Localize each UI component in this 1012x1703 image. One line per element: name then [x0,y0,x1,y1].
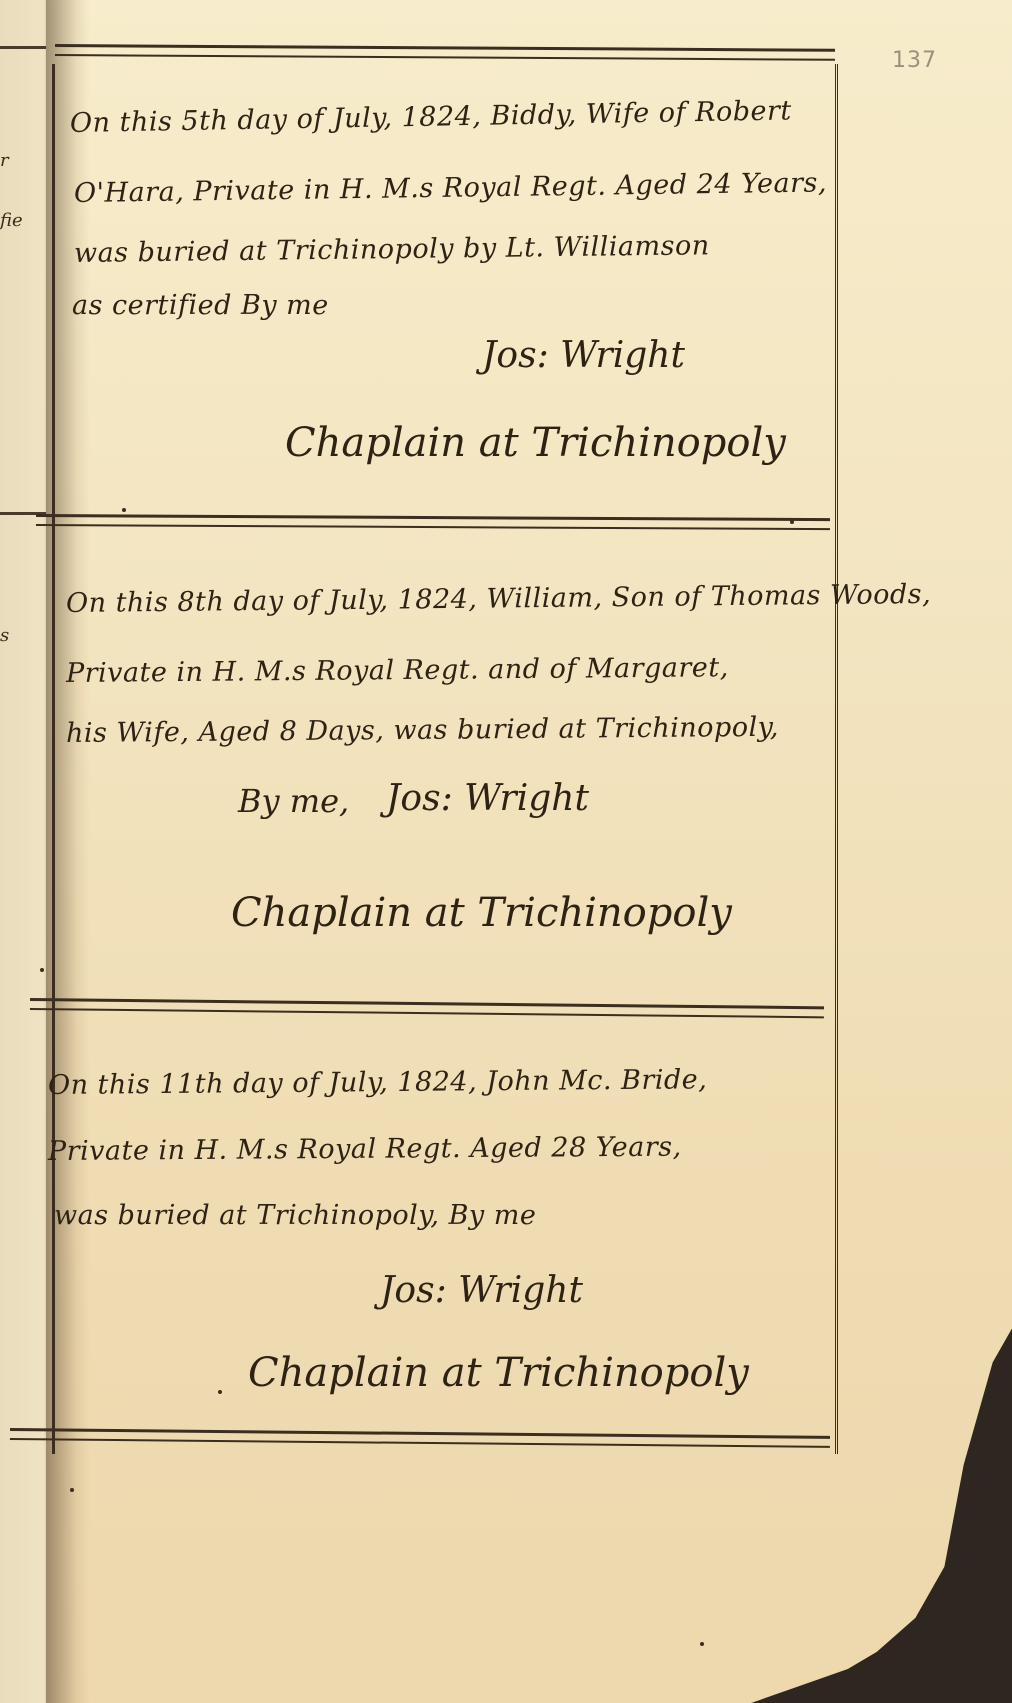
signatory-title: Chaplain at Trichinopoly [285,420,786,466]
left-page-fragment: r [0,150,9,171]
register-frame [52,64,838,1454]
entry-line: his Wife, Aged 8 Days, was buried at Tri… [66,712,779,749]
signature-prefix: By me, [238,782,349,820]
entry-line: Private in H. M.s Royal Regt. and of Mar… [66,652,729,689]
ink-speck [40,968,44,972]
ink-speck [790,520,794,524]
signatory-title: Chaplain at Trichinopoly [248,1350,749,1396]
ink-speck [218,1390,222,1394]
entry-line: On this 11th day of July, 1824, John Mc.… [48,1064,708,1101]
signatory-title: Chaplain at Trichinopoly [231,890,732,936]
entry-line: Private in H. M.s Royal Regt. Aged 28 Ye… [48,1132,682,1167]
ink-speck [122,508,126,512]
page-number: 137 [892,48,937,73]
left-page-fragment: fie [0,210,23,231]
signature: Jos: Wright [380,1270,583,1311]
ink-speck [700,1642,704,1646]
signature: Jos: Wright [386,778,589,819]
entry-line: as certified By me [72,290,329,321]
ink-speck [70,1488,74,1492]
left-page-fragment: s [0,625,9,646]
entry-line: was buried at Trichinopoly, By me [54,1200,536,1231]
signature: Jos: Wright [482,335,685,376]
